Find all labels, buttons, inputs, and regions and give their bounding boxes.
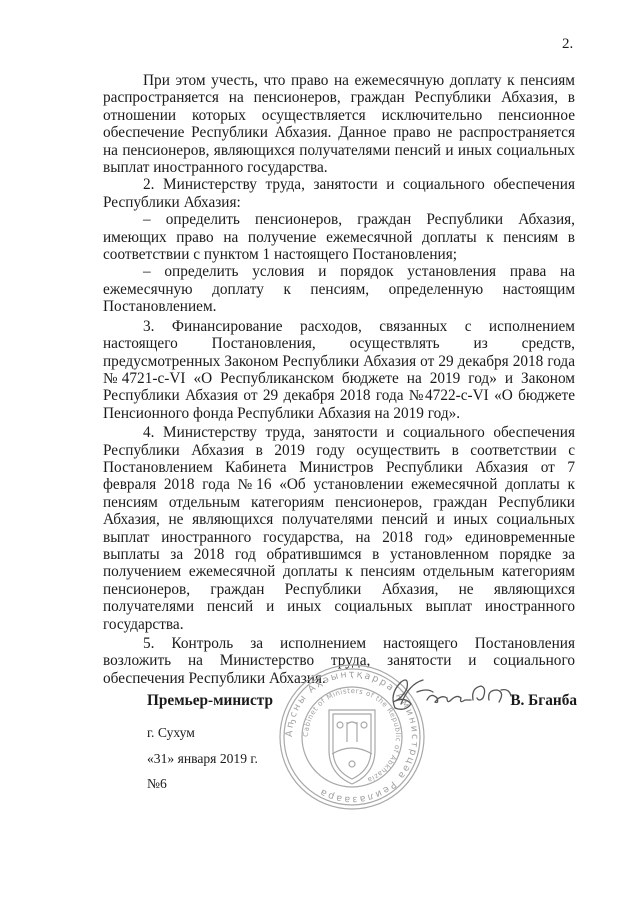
paragraph-2-item-a: – определить пенсионеров, граждан Респуб… xyxy=(103,211,575,263)
paragraph-3: 3. Финансирование расходов, связанных с … xyxy=(103,318,575,422)
page-number: 2. xyxy=(562,36,573,53)
issue-city: г. Сухум xyxy=(147,725,195,741)
document-body: При этом учесть, что право на ежемесячну… xyxy=(103,72,575,687)
signatory-name: В. Бганба xyxy=(510,692,577,710)
handwritten-signature-icon xyxy=(387,674,517,714)
signature-block: Аҧсны Аҳәынҭқарра Аминистрцәа Реилазаара… xyxy=(147,692,577,802)
resolution-number: №6 xyxy=(147,776,167,792)
paragraph-1-continuation: При этом учесть, что право на ежемесячну… xyxy=(103,72,575,176)
paragraph-2-item-b: – определить условия и порядок установле… xyxy=(103,263,575,315)
paragraph-4: 4. Министерству труда, занятости и социа… xyxy=(103,424,575,633)
issue-date: «31» января 2019 г. xyxy=(147,751,258,767)
paragraph-2: 2. Министерству труда, занятости и социа… xyxy=(103,176,575,211)
signatory-title: Премьер-министр xyxy=(147,692,273,710)
